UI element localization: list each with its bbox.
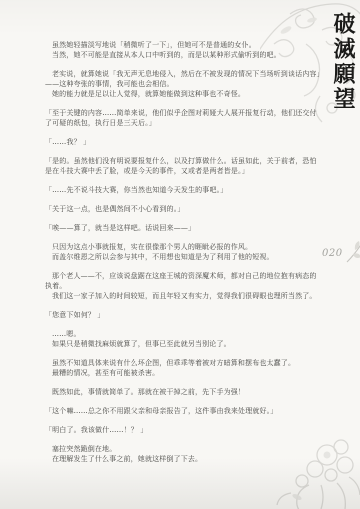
paragraph: 「您意下如何？ 」 <box>45 310 325 320</box>
book-title: 破滅願望 <box>332 12 354 112</box>
text-line: 执着。 <box>45 281 325 291</box>
text-line: 「这个嘛……总之你不用跟父亲和母亲报告了，这件事由我来处理就好。」 <box>45 406 325 416</box>
text-line: 老实说，就算她说「我无声无息地侵入，然后在不被发现的情况下当场听到谈话内容」 <box>45 69 325 79</box>
text-line: 了可疑的纸包，执行日是三天后。」 <box>45 118 325 128</box>
paragraph: 「明白了。我该做什……！？ 」 <box>45 425 325 435</box>
text-line: 我们这一家子加入的时间较短，而且年轻又有实力，觉得我们很碍眼也理所当然了。 <box>45 291 325 301</box>
book-page: { "page": { "title": "破滅願望", "page_numbe… <box>0 0 360 509</box>
paragraph: 「……我？ 」 <box>45 137 325 147</box>
paragraph: 「至于关键的内容……简单来说，他们似乎企图对莉娅大人展开报复行动，他们还交付了可… <box>45 108 325 128</box>
paragraph: 虽然她轻描淡写地说「稍微听了一下」，但她可不是普通的女仆。当然，她不可能是直接从… <box>45 40 325 60</box>
text-line: 虽然不知道具体来说有什么坏企图，但乖乖等着被对方暗算和摆布也太蠢了。 <box>45 358 325 368</box>
paragraph: 老实说，就算她说「我无声无息地侵入，然后在不被发现的情况下当场听到谈话内容」——… <box>45 69 325 99</box>
text-line: 「您意下如何？ 」 <box>45 310 325 320</box>
text-line: 「是的。虽然他们没有明说要报复什么，以及打算做什么。话虽如此，关于前者，恐怕 <box>45 156 325 166</box>
paragraph: 只因为这点小事就报复，实在很像那个男人的睚眦必报的作风。而盖尔维恩之所以会参与其… <box>45 242 325 262</box>
text-line: 是在斗技大赛中丢了脸，或是今天的事件，又或者是两者皆是。」 <box>45 166 325 176</box>
page-number: 020 <box>322 248 343 259</box>
paragraph: 「关于这一点，也是偶然间不小心看到的。」 <box>45 204 325 214</box>
paragraph: 那个老人——不，应该说盘踞在这座王城的资深魔术师，都对自己的地位抱有病态的执着。… <box>45 271 325 301</box>
paragraph: 既然如此，事情就简单了。那就在被干掉之前，先下手为强！ <box>45 387 325 397</box>
paragraph: 「是的。虽然他们没有明说要报复什么，以及打算做什么。话虽如此，关于前者，恐怕是在… <box>45 156 325 176</box>
paragraph: ……嗯。如果只是稍微找麻烦就算了，但事已至此就另当别论了。 <box>45 329 325 349</box>
text-line: ——这种夸张的事情，我可能也会相信。 <box>45 79 325 89</box>
text-line: 「……我？ 」 <box>45 137 325 147</box>
text-line: 只因为这点小事就报复，实在很像那个男人的睚眦必报的作风。 <box>45 242 325 252</box>
paragraph: 塞拉突然跪倒在地。在理解发生了什么事之前，她就这样倒了下去。 <box>45 444 325 464</box>
text-line: 「唉——算了，就当是这样吧。话说回来——」 <box>45 223 325 233</box>
paragraph: 「……先不说斗技大赛，你当然也知道今天发生的事吧。」 <box>45 185 325 195</box>
text-line: 而盖尔维恩之所以会参与其中，不用想也知道是为了利用了他的短视。 <box>45 252 325 262</box>
text-line: 「……先不说斗技大赛，你当然也知道今天发生的事吧。」 <box>45 185 325 195</box>
text-line: 当然，她不可能是直接从本人口中听到的，而是以某种形式偷听到的吧。 <box>45 50 325 60</box>
text-line: 那个老人——不，应该说盘踞在这座王城的资深魔术师，都对自己的地位抱有病态的 <box>45 271 325 281</box>
leaf-sprig-icon <box>345 240 360 266</box>
text-line: 她的能力就是足以让人觉得，就算她能做到这种事也不奇怪。 <box>45 89 325 99</box>
text-line: ……嗯。 <box>45 329 325 339</box>
paragraph: 「唉——算了，就当是这样吧。话说回来——」 <box>45 223 325 233</box>
text-line: 塞拉突然跪倒在地。 <box>45 444 325 454</box>
paragraph: 「这个嘛……总之你不用跟父亲和母亲报告了，这件事由我来处理就好。」 <box>45 406 325 416</box>
text-line: 虽然她轻描淡写地说「稍微听了一下」，但她可不是普通的女仆。 <box>45 40 325 50</box>
text-line: 「至于关键的内容……简单来说，他们似乎企图对莉娅大人展开报复行动，他们还交付 <box>45 108 325 118</box>
page-number-block: 020 <box>322 240 360 266</box>
text-block: 虽然她轻描淡写地说「稍微听了一下」，但她可不是普通的女仆。当然，她不可能是直接从… <box>45 40 325 464</box>
text-line: 「关于这一点，也是偶然间不小心看到的。」 <box>45 204 325 214</box>
text-line: 如果只是稍微找麻烦就算了，但事已至此就另当别论了。 <box>45 339 325 349</box>
paragraph: 虽然不知道具体来说有什么坏企图，但乖乖等着被对方暗算和摆布也太蠢了。最糟的情况，… <box>45 358 325 378</box>
text-line: 「明白了。我该做什……！？ 」 <box>45 425 325 435</box>
text-line: 最糟的情况，甚至有可能被杀害。 <box>45 368 325 378</box>
text-line: 在理解发生了什么事之前，她就这样倒了下去。 <box>45 454 325 464</box>
text-line: 既然如此，事情就简单了。那就在被干掉之前，先下手为强！ <box>45 387 325 397</box>
